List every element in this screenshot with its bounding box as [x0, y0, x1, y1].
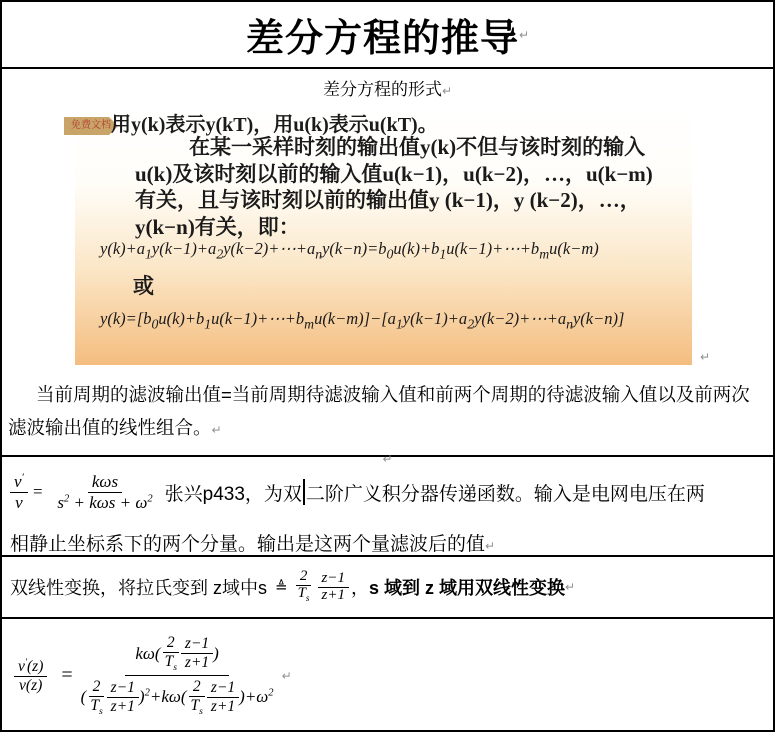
summary-paragraph[interactable]: 当前周期的滤波输出值=当前周期待滤波输入值和前两个周期的待滤波输入值以及前两次滤… [8, 378, 763, 447]
equals-sign: = [32, 482, 43, 502]
fraction-denominator: v [11, 493, 27, 513]
sogi-equation-line: v′ v = kωs s2 + kωs + ω2 张兴p433，为双二阶广义积分… [10, 461, 765, 523]
subtitle: 差分方程的形式 [323, 80, 442, 99]
fraction-denominator: z+1 [318, 588, 349, 604]
fraction-denominator: s2 + kωs + ω2 [53, 493, 156, 513]
z-fraction: z−1 z+1 [318, 571, 349, 604]
plus-k-omega-open: +kω( [150, 687, 187, 707]
slide-paragraph-line: 有关，且与该时刻以前的输出值y (k−1)，y (k−2)，…， [135, 187, 684, 214]
lhs-fraction: v′(z) v(z) [14, 657, 47, 695]
paragraph-mark-icon: ↵ [565, 580, 575, 594]
fraction-numerator: z−1 [107, 679, 139, 698]
fraction-denominator: Ts [294, 586, 314, 605]
z-fraction: z−1 z+1 [207, 679, 239, 716]
ts-fraction: 2 Ts [86, 678, 106, 717]
bilinear-transform-row[interactable]: 双线性变换，将拉氏变到 z域中s ≜ 2 Ts z−1 z+1 ， s 域到 z… [2, 557, 773, 619]
paragraph-mark-icon: ↵ [519, 28, 529, 42]
free-doc-badge: 免费文档 [64, 117, 118, 135]
paragraph-mark-icon: ↵ [700, 350, 710, 364]
fraction-denominator: Ts [86, 697, 106, 717]
z-domain-big-fraction: kω( 2 Ts z−1 z+1 ) ( 2 Ts z−1 [81, 634, 274, 717]
slide-paragraph-line: 在某一采样时刻的输出值y(k)不但与该时刻的输入 [135, 134, 684, 161]
defined-as-symbol: ≜ [275, 578, 288, 596]
sogi-description-part1: 张兴p433，为双二阶广义积分器传递函数。输入是电网电压在两 [165, 479, 705, 506]
k-omega-open: kω( [135, 644, 160, 664]
difference-equation-1: y(k)+a1y(k−1)+a2y(k−2)+⋯+any(k−n)=b0u(k)… [100, 239, 599, 262]
title-row: 差分方程的推导 ↵ [2, 2, 773, 69]
embedded-slide-image[interactable]: 免费文档 用y(k)表示y(kT)，用u(k)表示u(kT)。 在某一采样时刻的… [75, 107, 692, 365]
paragraph-mark-icon: ↵ [212, 423, 222, 437]
fraction-numerator: 2 [189, 678, 205, 697]
rhs-fraction: kωs s2 + kωs + ω2 [53, 472, 156, 512]
page-title[interactable]: 差分方程的推导 [246, 7, 519, 62]
z-fraction: z−1 z+1 [107, 679, 139, 716]
ts-fraction: 2 Ts [187, 678, 207, 717]
big-fraction-denominator: ( 2 Ts z−1 z+1 )2 +kω( 2 Ts z−1 z+1 [81, 676, 274, 717]
fraction-numerator: 2 [296, 569, 312, 586]
paragraph-mark-icon: ↵ [485, 539, 495, 553]
sogi-line2-text: 相静止坐标系下的两个分量。输出是这两个量滤波后的值 [10, 534, 485, 555]
or-label: 或 [133, 270, 154, 300]
big-fraction-numerator: kω( 2 Ts z−1 z+1 ) [125, 634, 229, 676]
sogi-description-part2: 相静止坐标系下的两个分量。输出是这两个量滤波后的值↵ [10, 529, 765, 556]
fraction-numerator: kωs [88, 472, 122, 493]
fraction-numerator: z−1 [181, 635, 213, 654]
slide-paragraph-line: y(k−n)有关，即： [135, 214, 684, 241]
fraction-numerator: z−1 [318, 571, 349, 588]
sogi-transfer-row[interactable]: v′ v = kωs s2 + kωs + ω2 张兴p433，为双二阶广义积分… [2, 457, 773, 557]
lhs-fraction: v′ v [10, 472, 28, 512]
fraction-numerator: v′(z) [14, 657, 47, 677]
close-paren-squared: )2 [139, 687, 150, 707]
bilinear-text-after: s 域到 z 域用双线性变换 [369, 574, 565, 600]
content-row: 差分方程的形式↵ 免费文档 用y(k)表示y(kT)，用u(k)表示u(kT)。… [2, 69, 773, 457]
text-before-caret: 张兴p433，为双 [165, 484, 302, 505]
text-cursor [303, 479, 305, 505]
slide-paragraph-line: u(k)及该时刻以前的输入值u(k−1)，u(k−2)，…，u(k−m) [135, 161, 684, 188]
slide-paragraph: 在某一采样时刻的输出值y(k)不但与该时刻的输入 u(k)及该时刻以前的输入值u… [135, 134, 684, 240]
comma: ， [351, 574, 369, 600]
close-paren: ) [213, 644, 219, 664]
slide-intro-line: 用y(k)表示y(kT)，用u(k)表示u(kT)。 [111, 108, 438, 137]
summary-text: 当前周期的滤波输出值=当前周期待滤波输入值和前两个周期的待滤波输入值以及前两次滤… [8, 384, 750, 438]
difference-equation-2: y(k)=[b0u(k)+b1u(k−1)+⋯+bmu(k−m)]−[a1y(k… [100, 309, 624, 332]
z-fraction: z−1 z+1 [181, 635, 213, 672]
fraction-numerator: 2 [89, 678, 105, 697]
ts-fraction: 2 Ts [294, 569, 314, 605]
fraction-denominator: z+1 [107, 698, 139, 716]
z-domain-equation-row[interactable]: v′(z) v(z) = kω( 2 Ts z−1 z+1 ) ( 2 [2, 619, 773, 732]
fraction-denominator: Ts [187, 697, 207, 717]
tail-omega-squared: )+ω2 [239, 687, 273, 707]
text-after-caret: 二阶广义积分器传递函数。输入是电网电压在两 [306, 484, 705, 505]
bilinear-text-before: 双线性变换，将拉氏变到 z域中s [10, 574, 267, 600]
equals-sign: = [61, 664, 72, 687]
fraction-denominator: z+1 [181, 654, 213, 672]
fraction-numerator: v′ [10, 472, 28, 493]
fraction-numerator: z−1 [207, 679, 239, 698]
ts-fraction: 2 Ts [161, 634, 181, 673]
fraction-denominator: v(z) [15, 677, 46, 695]
document-page: 差分方程的推导 ↵ 差分方程的形式↵ 免费文档 用y(k)表示y(kT)，用u(… [0, 0, 775, 732]
fraction-denominator: Ts [161, 653, 181, 673]
paragraph-mark-icon: ↵ [282, 669, 292, 683]
paragraph-mark-icon: ↵ [442, 84, 452, 98]
fraction-numerator: 2 [163, 634, 179, 653]
subtitle-line[interactable]: 差分方程的形式↵ [2, 75, 773, 100]
fraction-denominator: z+1 [207, 698, 239, 716]
